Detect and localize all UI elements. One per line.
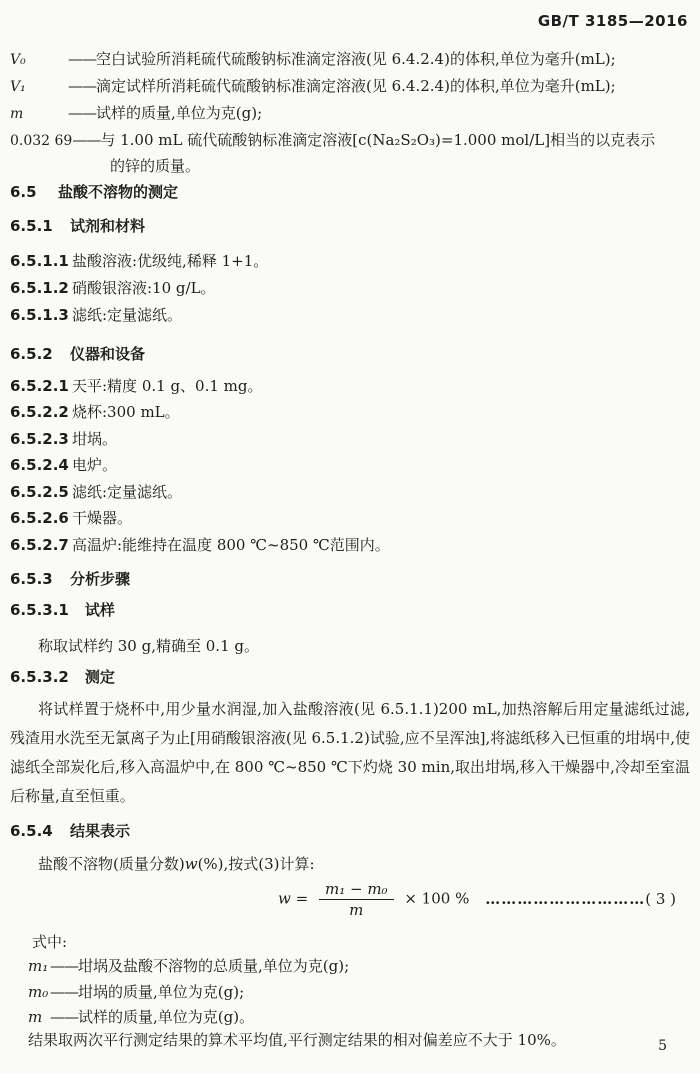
clause-number: 6.5.3.1 bbox=[10, 601, 69, 619]
closing-paragraph: 结果取两次平行测定结果的算术平均值,平行测定结果的相对偏差应不大于 10%。 bbox=[10, 1029, 690, 1050]
clause-text: 电炉。 bbox=[72, 456, 117, 474]
clause-6-5-2-7: 6.5.2.7高温炉:能维持在温度 800 ℃~850 ℃范围内。 bbox=[10, 534, 690, 555]
definition-dash: —— bbox=[68, 104, 96, 122]
clause-number: 6.5.2.6 bbox=[10, 509, 70, 527]
where-row-m0: m₀——坩埚的质量,单位为克(g); bbox=[10, 980, 690, 1005]
document-page: GB/T 3185—2016 V₀——空白试验所消耗硫代硫酸钠标准滴定溶液(见 … bbox=[0, 0, 700, 1074]
section-heading-6-5-3: 6.5.3分析步骤 bbox=[10, 568, 690, 589]
standard-number-header: GB/T 3185—2016 bbox=[538, 12, 688, 30]
where-row-m: m——试样的质量,单位为克(g)。 bbox=[10, 1005, 690, 1030]
symbol-m0: m₀ bbox=[28, 980, 50, 1005]
symbol-definition-row: m——试样的质量,单位为克(g); bbox=[10, 101, 690, 127]
clause-number: 6.5.1 bbox=[10, 217, 54, 235]
definition-dash: —— bbox=[72, 131, 100, 149]
clause-title: 仪器和设备 bbox=[70, 345, 145, 363]
clause-text: 干燥器。 bbox=[72, 509, 132, 527]
determination-paragraph: 将试样置于烧杯中,用少量水润湿,加入盐酸溶液(见 6.5.1.1)200 mL,… bbox=[10, 695, 690, 811]
symbol-m1: m₁ bbox=[28, 954, 50, 979]
symbol-m1-description: 坩埚及盐酸不溶物的总质量,单位为克(g); bbox=[78, 957, 349, 975]
intro-text-post: (%),按式(3)计算: bbox=[198, 855, 315, 873]
section-heading-6-5-3-2: 6.5.3.2测定 bbox=[10, 666, 690, 687]
clause-text: 滤纸:定量滤纸。 bbox=[72, 483, 182, 501]
clause-6-5-1-1: 6.5.1.1盐酸溶液:优级纯,稀释 1+1。 bbox=[10, 250, 690, 271]
formula-3: w = m₁ − m₀ m × 100 % …………………………( 3 ) bbox=[10, 876, 690, 922]
clause-title: 盐酸不溶物的测定 bbox=[58, 183, 178, 201]
symbol-factor-description-line2: 的锌的质量。 bbox=[10, 154, 690, 179]
clause-number: 6.5 bbox=[10, 183, 42, 201]
symbol-definition-row: V₀——空白试验所消耗硫代硫酸钠标准滴定溶液(见 6.4.2.4)的体积,单位为… bbox=[10, 47, 690, 73]
definition-dash: —— bbox=[50, 983, 78, 1001]
formula-expression: w = m₁ − m₀ m × 100 % bbox=[278, 880, 469, 919]
formula-equation-number: ( 3 ) bbox=[645, 890, 676, 908]
clause-title: 试样 bbox=[85, 601, 115, 619]
clause-6-5-2-2: 6.5.2.2烧杯:300 mL。 bbox=[10, 401, 690, 422]
clause-number: 6.5.2.3 bbox=[10, 430, 70, 448]
clause-6-5-2-3: 6.5.2.3坩埚。 bbox=[10, 428, 690, 449]
symbol-definition-row: 0.032 69——与 1.00 mL 硫代硫酸钠标准滴定溶液[c(Na₂S₂O… bbox=[10, 128, 690, 179]
clause-title: 试剂和材料 bbox=[70, 217, 145, 235]
clause-number: 6.5.3.2 bbox=[10, 668, 69, 686]
clause-title: 测定 bbox=[85, 668, 115, 686]
clause-number: 6.5.1.3 bbox=[10, 306, 70, 324]
symbol-factor-description: 与 1.00 mL 硫代硫酸钠标准滴定溶液[c(Na₂S₂O₃)=1.000 m… bbox=[100, 131, 655, 149]
clause-number: 6.5.2.1 bbox=[10, 377, 70, 395]
formula-variable-w: w bbox=[278, 889, 291, 907]
fraction: m₁ − m₀ m bbox=[319, 880, 394, 919]
section-heading-6-5-2: 6.5.2仪器和设备 bbox=[10, 343, 690, 364]
clause-number: 6.5.2 bbox=[10, 345, 54, 363]
clause-number: 6.5.2.2 bbox=[10, 403, 70, 421]
fraction-denominator: m bbox=[319, 900, 394, 919]
clause-text: 滤纸:定量滤纸。 bbox=[72, 306, 182, 324]
symbol-m: m bbox=[28, 1005, 50, 1030]
formula-leader-dots: ………………………… bbox=[485, 890, 645, 908]
section-heading-6-5-1: 6.5.1试剂和材料 bbox=[10, 215, 690, 236]
fraction-numerator: m₁ − m₀ bbox=[319, 880, 394, 900]
clause-6-5-1-2: 6.5.1.2硝酸银溶液:10 g/L。 bbox=[10, 277, 690, 298]
intro-variable-w: w bbox=[185, 855, 198, 873]
section-heading-6-5: 6.5盐酸不溶物的测定 bbox=[10, 181, 690, 202]
clause-6-5-2-5: 6.5.2.5滤纸:定量滤纸。 bbox=[10, 481, 690, 502]
clause-6-5-1-3: 6.5.1.3滤纸:定量滤纸。 bbox=[10, 304, 690, 325]
result-intro-paragraph: 盐酸不溶物(质量分数)w(%),按式(3)计算: bbox=[10, 853, 690, 874]
clause-6-5-2-1: 6.5.2.1天平:精度 0.1 g、0.1 mg。 bbox=[10, 375, 690, 396]
symbol-v1-description: 滴定试样所消耗硫代硫酸钠标准滴定溶液(见 6.4.2.4)的体积,单位为毫升(m… bbox=[96, 77, 616, 95]
clause-number: 6.5.2.4 bbox=[10, 456, 70, 474]
clause-6-5-2-6: 6.5.2.6干燥器。 bbox=[10, 507, 690, 528]
section-heading-6-5-4: 6.5.4结果表示 bbox=[10, 820, 690, 841]
where-row-m1: m₁——坩埚及盐酸不溶物的总质量,单位为克(g); bbox=[10, 954, 690, 979]
clause-number: 6.5.1.2 bbox=[10, 279, 70, 297]
clause-number: 6.5.2.5 bbox=[10, 483, 70, 501]
sample-paragraph: 称取试样约 30 g,精确至 0.1 g。 bbox=[10, 634, 690, 659]
equals-sign: = bbox=[296, 889, 309, 907]
clause-text: 烧杯:300 mL。 bbox=[72, 403, 180, 421]
page-number: 5 bbox=[658, 1038, 667, 1054]
symbol-factor: 0.032 69 bbox=[10, 129, 72, 154]
clause-text: 坩埚。 bbox=[72, 430, 117, 448]
where-label: 式中: bbox=[10, 931, 690, 952]
symbol-v0-description: 空白试验所消耗硫代硫酸钠标准滴定溶液(见 6.4.2.4)的体积,单位为毫升(m… bbox=[96, 50, 616, 68]
clause-text: 天平:精度 0.1 g、0.1 mg。 bbox=[72, 377, 263, 395]
symbol-m-description: 试样的质量,单位为克(g); bbox=[96, 104, 262, 122]
definition-dash: —— bbox=[68, 50, 96, 68]
clause-number: 6.5.3 bbox=[10, 570, 54, 588]
formula-tail: …………………………( 3 ) bbox=[485, 890, 690, 908]
clause-number: 6.5.1.1 bbox=[10, 252, 70, 270]
clause-text: 盐酸溶液:优级纯,稀释 1+1。 bbox=[72, 252, 268, 270]
symbol-v1: V₁ bbox=[10, 75, 68, 100]
clause-6-5-2-4: 6.5.2.4电炉。 bbox=[10, 454, 690, 475]
symbol-m0-description: 坩埚的质量,单位为克(g); bbox=[78, 983, 244, 1001]
clause-text: 硝酸银溶液:10 g/L。 bbox=[72, 279, 216, 297]
clause-text: 高温炉:能维持在温度 800 ℃~850 ℃范围内。 bbox=[72, 536, 390, 554]
clause-title: 分析步骤 bbox=[70, 570, 130, 588]
clause-title: 结果表示 bbox=[70, 822, 130, 840]
formula-multiplier: × 100 % bbox=[404, 889, 469, 907]
symbol-definition-row: V₁——滴定试样所消耗硫代硫酸钠标准滴定溶液(见 6.4.2.4)的体积,单位为… bbox=[10, 74, 690, 100]
section-heading-6-5-3-1: 6.5.3.1试样 bbox=[10, 599, 690, 620]
definition-dash: —— bbox=[50, 1008, 78, 1026]
definition-dash: —— bbox=[50, 957, 78, 975]
clause-number: 6.5.4 bbox=[10, 822, 54, 840]
intro-text-pre: 盐酸不溶物(质量分数) bbox=[38, 855, 185, 873]
symbol-m: m bbox=[10, 102, 68, 127]
symbol-m-description: 试样的质量,单位为克(g)。 bbox=[78, 1008, 254, 1026]
symbol-v0: V₀ bbox=[10, 48, 68, 73]
clause-number: 6.5.2.7 bbox=[10, 536, 70, 554]
definition-dash: —— bbox=[68, 77, 96, 95]
